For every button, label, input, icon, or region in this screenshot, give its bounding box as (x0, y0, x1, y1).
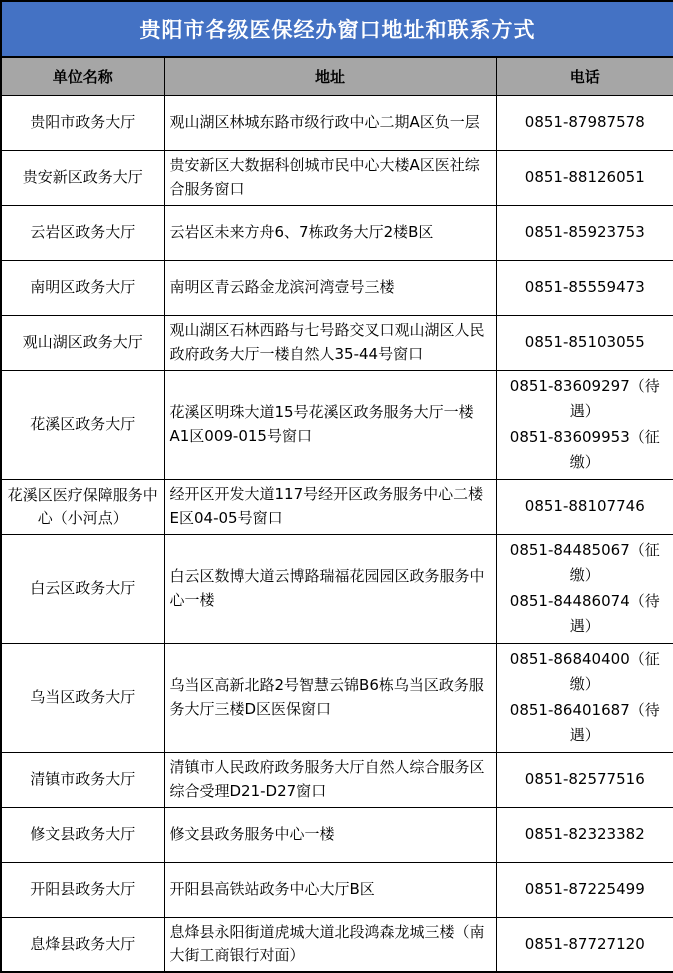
medical-insurance-offices-table: 贵阳市各级医保经办窗口地址和联系方式 单位名称 地址 电话 贵阳市政务大厅 观山… (0, 0, 673, 973)
address-cell: 观山湖区林城东路市级行政中心二期A区负一层 (164, 95, 496, 150)
unit-name-cell: 贵阳市政务大厅 (1, 95, 164, 150)
table-row: 花溪区医疗保障服务中心（小河点） 经开区开发大道117号经开区政务服务中心二楼E… (1, 479, 673, 534)
address-cell: 息烽县永阳街道虎城大道北段鸿森龙城三楼（南大街工商银行对面） (164, 917, 496, 972)
address-cell: 花溪区明珠大道15号花溪区政务服务大厅一楼A1区009-015号窗口 (164, 370, 496, 479)
phone-cell: 0851-87225499 (496, 862, 673, 917)
unit-name-cell: 南明区政务大厅 (1, 260, 164, 315)
table-row: 修文县政务大厅 修文县政务服务中心一楼 0851-82323382 (1, 807, 673, 862)
column-header-row: 单位名称 地址 电话 (1, 57, 673, 95)
phone-cell: 0851-83609297（待遇） 0851-83609953（征缴） (496, 370, 673, 479)
table-row: 乌当区政务大厅 乌当区高新北路2号智慧云锦B6栋乌当区政务服务大厅三楼D区医保窗… (1, 643, 673, 752)
unit-name-cell: 修文县政务大厅 (1, 807, 164, 862)
phone-cell: 0851-84485067（征缴） 0851-84486074（待遇） (496, 534, 673, 643)
table-row: 南明区政务大厅 南明区青云路金龙滨河湾壹号三楼 0851-85559473 (1, 260, 673, 315)
phone-cell: 0851-87727120 (496, 917, 673, 972)
unit-name-cell: 花溪区医疗保障服务中心（小河点） (1, 479, 164, 534)
unit-name-cell: 开阳县政务大厅 (1, 862, 164, 917)
table-row: 贵阳市政务大厅 观山湖区林城东路市级行政中心二期A区负一层 0851-87987… (1, 95, 673, 150)
address-cell: 乌当区高新北路2号智慧云锦B6栋乌当区政务服务大厅三楼D区医保窗口 (164, 643, 496, 752)
table-row: 花溪区政务大厅 花溪区明珠大道15号花溪区政务服务大厅一楼A1区009-015号… (1, 370, 673, 479)
table-row: 白云区政务大厅 白云区数博大道云博路瑞福花园园区政务服务中心一楼 0851-84… (1, 534, 673, 643)
unit-name-cell: 观山湖区政务大厅 (1, 315, 164, 370)
address-cell: 云岩区未来方舟6、7栋政务大厅2楼B区 (164, 205, 496, 260)
table-row: 贵安新区政务大厅 贵安新区大数据科创城市民中心大楼A区医社综合服务窗口 0851… (1, 150, 673, 205)
phone-cell: 0851-82577516 (496, 752, 673, 807)
phone-cell: 0851-85923753 (496, 205, 673, 260)
address-cell: 贵安新区大数据科创城市民中心大楼A区医社综合服务窗口 (164, 150, 496, 205)
phone-cell: 0851-85103055 (496, 315, 673, 370)
unit-name-cell: 贵安新区政务大厅 (1, 150, 164, 205)
table-row: 云岩区政务大厅 云岩区未来方舟6、7栋政务大厅2楼B区 0851-8592375… (1, 205, 673, 260)
table-row: 息烽县政务大厅 息烽县永阳街道虎城大道北段鸿森龙城三楼（南大街工商银行对面） 0… (1, 917, 673, 972)
phone-cell: 0851-86840400（征缴） 0851-86401687（待遇） (496, 643, 673, 752)
address-cell: 南明区青云路金龙滨河湾壹号三楼 (164, 260, 496, 315)
phone-cell: 0851-88126051 (496, 150, 673, 205)
phone-cell: 0851-85559473 (496, 260, 673, 315)
address-cell: 观山湖区石林西路与七号路交叉口观山湖区人民政府政务大厅一楼自然人35-44号窗口 (164, 315, 496, 370)
unit-name-cell: 白云区政务大厅 (1, 534, 164, 643)
table-row: 清镇市政务大厅 清镇市人民政府政务服务大厅自然人综合服务区综合受理D21-D27… (1, 752, 673, 807)
unit-name-cell: 云岩区政务大厅 (1, 205, 164, 260)
phone-cell: 0851-87987578 (496, 95, 673, 150)
column-header-phone: 电话 (496, 57, 673, 95)
address-cell: 修文县政务服务中心一楼 (164, 807, 496, 862)
unit-name-cell: 清镇市政务大厅 (1, 752, 164, 807)
title-row: 贵阳市各级医保经办窗口地址和联系方式 (1, 1, 673, 57)
unit-name-cell: 息烽县政务大厅 (1, 917, 164, 972)
column-header-unit-name: 单位名称 (1, 57, 164, 95)
unit-name-cell: 乌当区政务大厅 (1, 643, 164, 752)
table-row: 观山湖区政务大厅 观山湖区石林西路与七号路交叉口观山湖区人民政府政务大厅一楼自然… (1, 315, 673, 370)
address-cell: 开阳县高铁站政务中心大厅B区 (164, 862, 496, 917)
address-cell: 白云区数博大道云博路瑞福花园园区政务服务中心一楼 (164, 534, 496, 643)
phone-cell: 0851-88107746 (496, 479, 673, 534)
column-header-address: 地址 (164, 57, 496, 95)
table-row: 开阳县政务大厅 开阳县高铁站政务中心大厅B区 0851-87225499 (1, 862, 673, 917)
address-cell: 经开区开发大道117号经开区政务服务中心二楼E区04-05号窗口 (164, 479, 496, 534)
phone-cell: 0851-82323382 (496, 807, 673, 862)
page-title: 贵阳市各级医保经办窗口地址和联系方式 (1, 1, 673, 57)
unit-name-cell: 花溪区政务大厅 (1, 370, 164, 479)
address-cell: 清镇市人民政府政务服务大厅自然人综合服务区综合受理D21-D27窗口 (164, 752, 496, 807)
